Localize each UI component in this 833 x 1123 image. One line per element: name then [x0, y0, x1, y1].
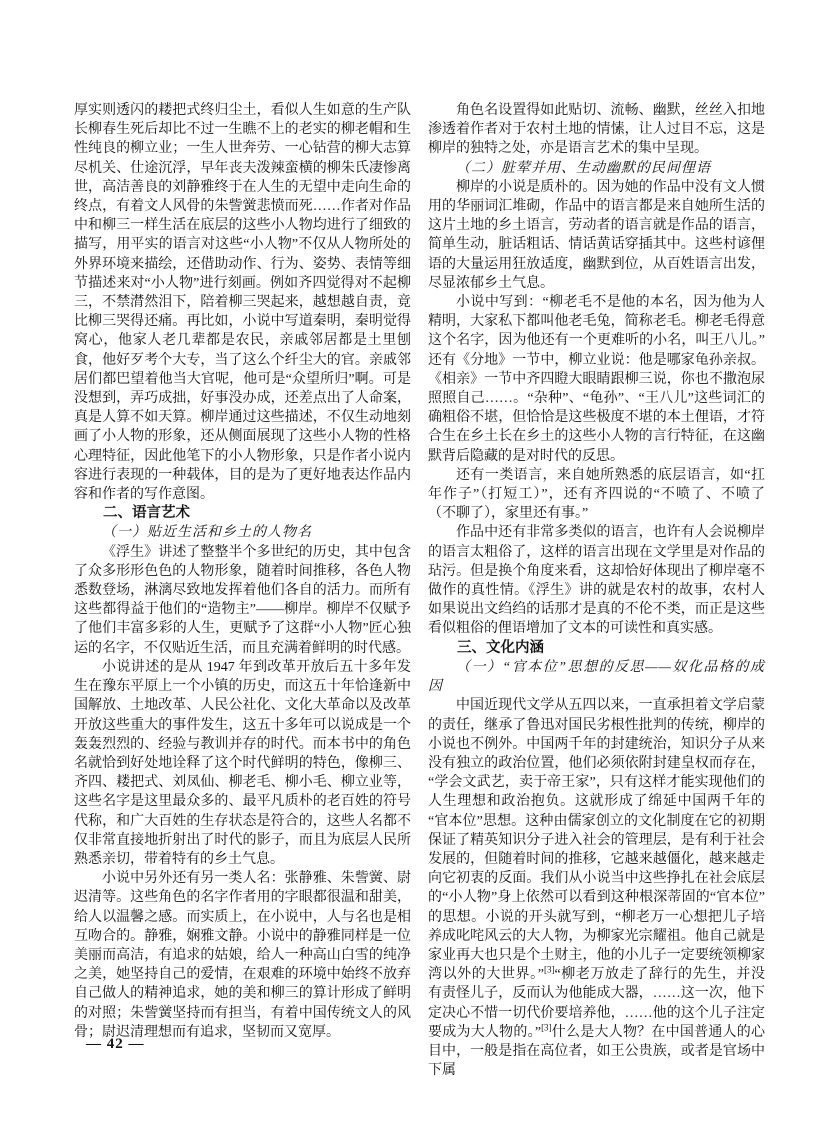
paragraph: 柳岸的小说是质朴的。因为她的作品中没有文人惯用的华丽词汇堆砌，作品中的语言都是来…: [428, 178, 765, 293]
right-column: 角色名设置得如此贴切、流畅、幽默，丝丝入扣地渗透着作者对于农村土地的情愫，让人过…: [428, 101, 765, 1080]
paragraph: 小说中另外还有另一类人名：张静雅、朱訾黉、尉迟清等。这些角色的名字作者用的字眼都…: [74, 869, 411, 1042]
left-column: 厚实则透闪的耧把式终归尘土，看似人生如意的生产队长柳春生死后却比不过一生瞧不上的…: [74, 101, 411, 1042]
page-number: — 42 —: [86, 1036, 145, 1053]
paragraph: 小说中写到：“柳老毛不是他的本名，因为他为人精明，大家私下都叫他老毛兔，简称老毛…: [428, 293, 765, 466]
document-page: 厚实则透闪的耧把式终归尘土，看似人生如意的生产队长柳春生死后却比不过一生瞧不上的…: [0, 0, 833, 1123]
paragraph: 《浮生》讲述了整整半个多世纪的历史，其中包含了众多形形色色的人物形象，随着时间推…: [74, 543, 411, 658]
subsection-heading: （一）“官本位”思想的反思——奴化品格的成因: [428, 658, 765, 696]
paragraph: 还有一类语言，来自她所熟悉的底层语言，如“扛年作子”（打短工）”，还有齐四说的“…: [428, 466, 765, 524]
subsection-heading: （二）脏荤并用、生动幽默的民间俚语: [428, 159, 765, 178]
paragraph: 中国近现代文学从五四以来，一直承担着文学启蒙的责任，继承了鲁迅对国民劣根性批判的…: [428, 696, 765, 1080]
section-heading: 二、语言艺术: [74, 504, 411, 523]
subsection-heading: （一）贴近生活和乡土的人物名: [74, 523, 411, 542]
paragraph: 小说讲述的是从 1947 年到改革开放后五十多年发生在豫东平原上一个小镇的历史，…: [74, 658, 411, 869]
footnote-ref: [3]: [544, 964, 555, 974]
paragraph: 角色名设置得如此贴切、流畅、幽默，丝丝入扣地渗透着作者对于农村土地的情愫，让人过…: [428, 101, 765, 159]
paragraph-text: 中国近现代文学从五四以来，一直承担着文学启蒙的责任，继承了鲁迅对国民劣根性批判的…: [428, 698, 765, 982]
paragraph: 厚实则透闪的耧把式终归尘土，看似人生如意的生产队长柳春生死后却比不过一生瞧不上的…: [74, 101, 411, 504]
section-heading: 三、文化内涵: [428, 639, 765, 658]
footnote-ref: [3]: [541, 1022, 552, 1032]
paragraph: 作品中还有非常多类似的语言，也许有人会说柳岸的语言太粗俗了，这样的语言出现在文学…: [428, 523, 765, 638]
